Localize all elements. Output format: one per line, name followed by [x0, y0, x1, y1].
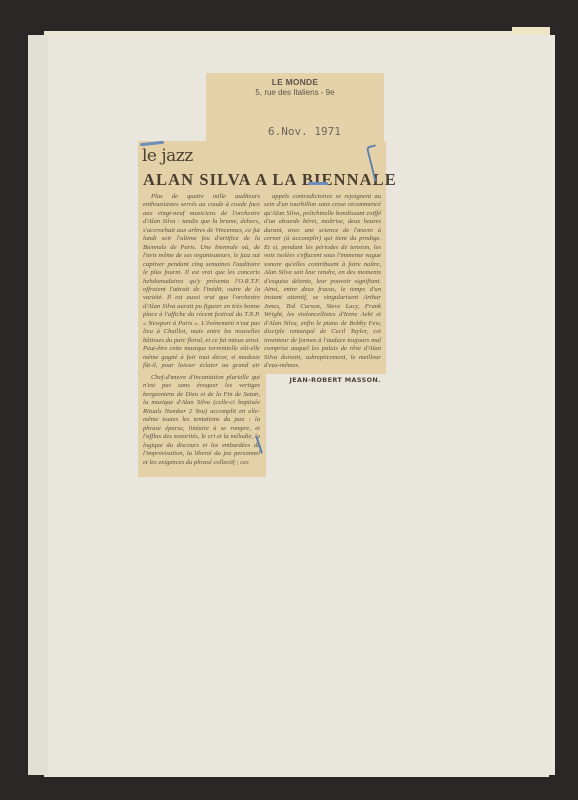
article-clipping-continuation: Chef-d'œuvre d'incantation plurielle qui… — [138, 374, 266, 477]
date-stamp: 6.Nov. 1971 — [268, 125, 341, 138]
article-column-left: Plus de quatre mille auditeurs enthousia… — [143, 193, 260, 371]
source-label-clipping: LE MONDE 5, rue des Italiens - 9e 6.Nov.… — [206, 73, 384, 143]
article-clipping-main: le jazz ALAN SILVA A LA BIENNALE Plus de… — [138, 141, 386, 374]
publication-address: 5, rue des Italiens - 9e — [206, 88, 384, 97]
underlying-sheet-tab — [512, 27, 550, 35]
article-paragraph: Plus de quatre mille auditeurs enthousia… — [143, 193, 260, 371]
article-column-right: appels contradictoires se rejoignent au … — [264, 193, 381, 384]
article-rubric: le jazz — [142, 146, 193, 166]
article-headline: ALAN SILVA A LA BIENNALE — [143, 170, 385, 190]
publication-name: LE MONDE — [206, 77, 384, 87]
article-paragraph: appels contradictoires se rejoignent au … — [264, 193, 381, 371]
article-paragraph: Chef-d'œuvre d'incantation plurielle qui… — [143, 374, 260, 467]
article-column-continuation: Chef-d'œuvre d'incantation plurielle qui… — [143, 374, 260, 476]
blue-pencil-mark — [308, 182, 328, 185]
sheet-edge-strip — [28, 35, 48, 775]
article-byline: JEAN-ROBERT MASSON. — [264, 376, 381, 384]
